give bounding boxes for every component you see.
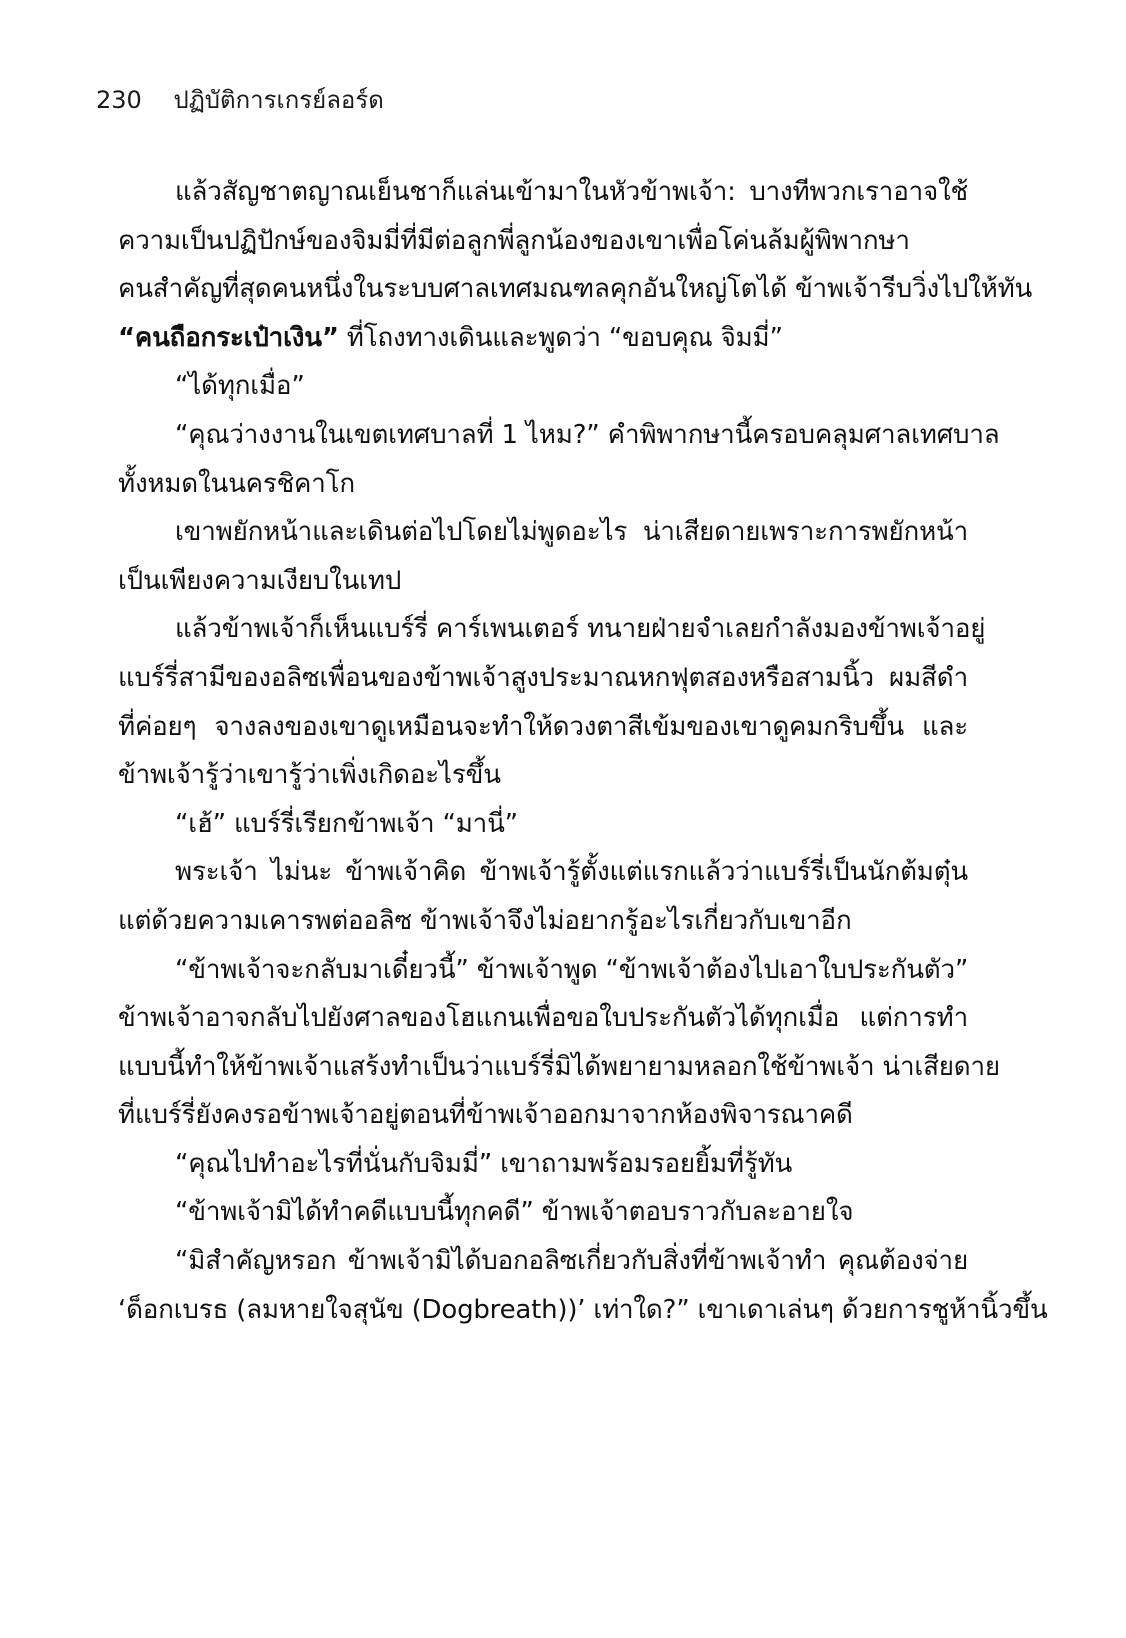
text-line: แล้วข้าพเจ้าก็เห็นแบร์รี่ คาร์เพนเตอร์ ท… <box>118 605 968 654</box>
text-line: ที่ค่อยๆ จางลงของเขาดูเหมือนจะทำให้ดวงตา… <box>118 703 968 752</box>
text-line: ข้าพเจ้าอาจกลับไปยังศาลของโฮแกนเพื่อขอใบ… <box>118 994 968 1043</box>
text-line: “ข้าพเจ้ามิได้ทำคดีแบบนี้ทุกคดี” ข้าพเจ้… <box>118 1188 968 1237</box>
text-line: “ได้ทุกเมื่อ” <box>118 362 968 411</box>
page-header: 230 ปฏิบัติการเกรย์ลอร์ด <box>96 80 384 120</box>
text-line: ‘ด็อกเบรธ (ลมหายใจสุนัข (Dogbreath))’ เท… <box>118 1286 968 1335</box>
text-line: “คนถือกระเป๋าเงิน” ที่โถงทางเดินและพูดว่… <box>118 314 968 363</box>
bold-phrase: “คนถือกระเป๋าเงิน” <box>118 323 339 353</box>
text-line: ความเป็นปฏิปักษ์ของจิมมี่ที่มีต่อลูกพี่ล… <box>118 217 968 266</box>
text-line: แต่ด้วยความเคารพต่ออลิซ ข้าพเจ้าจึงไม่อย… <box>118 897 968 946</box>
text-line: คนสำคัญที่สุดคนหนึ่งในระบบศาลเทศมณฑลคุกอ… <box>118 265 968 314</box>
book-page: 230 ปฏิบัติการเกรย์ลอร์ด แล้วสัญชาตญาณเย… <box>0 0 1126 1638</box>
running-title: ปฏิบัติการเกรย์ลอร์ด <box>173 86 383 114</box>
text-line: ที่แบร์รี่ยังคงรอข้าพเจ้าอยู่ตอนที่ข้าพเ… <box>118 1091 968 1140</box>
text-line: แบบนี้ทำให้ข้าพเจ้าแสร้งทำเป็นว่าแบร์รี่… <box>118 1043 968 1092</box>
text-line: “มิสำคัญหรอก ข้าพเจ้ามิได้บอกอลิซเกี่ยวก… <box>118 1237 968 1286</box>
text-line: แบร์รี่สามีของอลิซเพื่อนของข้าพเจ้าสูงปร… <box>118 654 968 703</box>
text-line: “คุณไปทำอะไรที่นั่นกับจิมมี่” เขาถามพร้อ… <box>118 1140 968 1189</box>
text-line: “ข้าพเจ้าจะกลับมาเดี๋ยวนี้” ข้าพเจ้าพูด … <box>118 946 968 995</box>
text-line: เขาพยักหน้าและเดินต่อไปโดยไม่พูดอะไร น่า… <box>118 508 968 557</box>
text-line: ทั้งหมดในนครชิคาโก <box>118 460 968 509</box>
text-line: เป็นเพียงความเงียบในเทป <box>118 557 968 606</box>
page-number: 230 <box>96 80 142 120</box>
body-text: แล้วสัญชาตญาณเย็นชาก็แล่นเข้ามาในหัวข้าพ… <box>118 168 968 1334</box>
text-line: “คุณว่างงานในเขตเทศบาลที่ 1 ไหม?” คำพิพา… <box>118 411 968 460</box>
text-line: ข้าพเจ้ารู้ว่าเขารู้ว่าเพิ่งเกิดอะไรขึ้น <box>118 751 968 800</box>
text-line: “เฮ้” แบร์รี่เรียกข้าพเจ้า “มานี่” <box>118 800 968 849</box>
text-line: แล้วสัญชาตญาณเย็นชาก็แล่นเข้ามาในหัวข้าพ… <box>118 168 968 217</box>
text-line: พระเจ้า ไม่นะ ข้าพเจ้าคิด ข้าพเจ้ารู้ตั้… <box>118 848 968 897</box>
